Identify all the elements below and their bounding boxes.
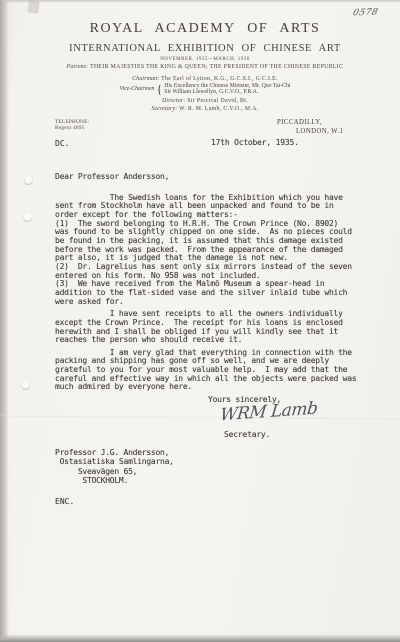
- chairman-text: The Earl of Lytton, K.G., G.C.S.I., G.C.…: [161, 76, 278, 82]
- secretary-label: Secretary:: [151, 106, 177, 112]
- paper-edge-bottom: [0, 634, 400, 642]
- patrons-line: Patrons: THEIR MAJESTIES THE KING & QUEE…: [10, 64, 400, 70]
- patrons-text: THEIR MAJESTIES THE KING & QUEEN; THE PR…: [90, 64, 343, 70]
- letterhead: ROYAL ACADEMY OF ARTS INTERNATIONAL EXHI…: [10, 21, 400, 112]
- vice-chairmen-names: His Excellency the Chinese Minister, Mr.…: [164, 83, 290, 96]
- vice-chairman-2: Sir William Llewellyn, G.C.V.O., P.R.A.: [164, 89, 258, 95]
- signature-title: Secretary.: [224, 430, 270, 439]
- letter-body: Dear Professor Andersson, The Swedish lo…: [55, 173, 379, 405]
- address-line-2: LONDON, W.1: [277, 128, 343, 137]
- paper-edge-left: [0, 0, 9, 642]
- scanned-letter-page: 0578 ROYAL ACADEMY OF ARTS INTERNATIONAL…: [0, 0, 400, 642]
- paragraph-2: I have sent receipts to all the owners i…: [55, 310, 379, 345]
- paragraph-1: The Swedish loans for the Exhibition whi…: [55, 194, 379, 307]
- exhibition-title: INTERNATIONAL EXHIBITION OF CHINESE ART: [10, 43, 400, 54]
- telephone-block: TELEPHONE: Regent 4895: [55, 119, 89, 131]
- vice-chairmen-line: Vice-Chairmen { His Excellency the Chine…: [10, 83, 400, 96]
- letter-date: 17th October, 1935.: [211, 138, 299, 147]
- punch-hole: [21, 381, 30, 390]
- telephone-number: Regent 4895: [55, 125, 89, 131]
- reference-initials: DC.: [55, 139, 69, 148]
- paragraph-3: I am very glad that everything in connec…: [55, 349, 379, 392]
- chairman-line: Chairman: The Earl of Lytton, K.G., G.C.…: [10, 76, 400, 82]
- secretary-line: Secretary: W. R. M. Lamb, C.V.O., M.A.: [10, 106, 400, 112]
- punch-hole: [23, 213, 32, 222]
- director-line: Director: Sir Percival David, Bt.: [10, 98, 400, 104]
- director-label: Director:: [162, 98, 185, 104]
- enclosure-note: ENC.: [55, 497, 74, 506]
- salutation: Dear Professor Andersson,: [55, 173, 379, 182]
- secretary-text: W. R. M. Lamb, C.V.O., M.A.: [179, 106, 259, 112]
- exhibition-dates: NOVEMBER, 1935—MARCH, 1936: [10, 57, 400, 62]
- ink-smudge: [27, 0, 40, 13]
- chairman-label: Chairman:: [132, 76, 159, 82]
- recipient-address: Professor J.G. Andersson, Ostasiatiska S…: [55, 448, 174, 485]
- punch-hole: [24, 176, 33, 185]
- organization-title: ROYAL ACADEMY OF ARTS: [10, 21, 400, 37]
- closing-line: Yours sincerely,: [55, 396, 379, 405]
- brace-glyph: {: [156, 83, 162, 95]
- paper-edge-top: [0, 0, 400, 3]
- vice-chairmen-label: Vice-Chairmen: [119, 86, 154, 92]
- patrons-label: Patrons:: [67, 64, 89, 70]
- sender-address: PICCADILLY, LONDON, W.1: [277, 119, 343, 136]
- archive-page-number: 0578: [352, 8, 379, 19]
- director-text: Sir Percival David, Bt.: [187, 98, 248, 104]
- address-line-1: PICCADILLY,: [277, 119, 343, 128]
